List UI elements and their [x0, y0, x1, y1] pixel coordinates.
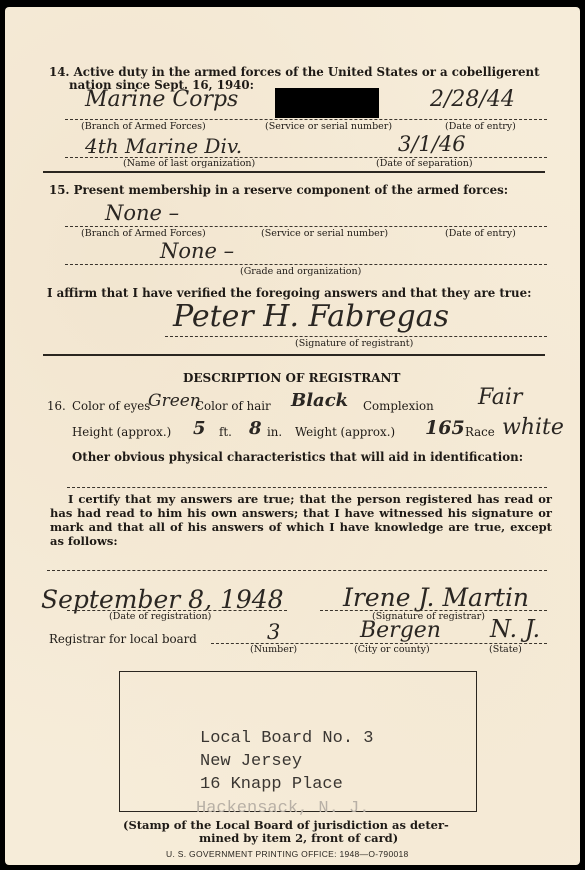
affirmation-text: I affirm that I have verified the forego…	[47, 286, 531, 300]
serial-number-redaction	[275, 88, 379, 118]
weight-label: Weight (approx.)	[295, 425, 395, 439]
item15-line2	[65, 264, 547, 265]
item14-org-value: 4th Marine Div.	[85, 134, 242, 158]
inches-label: in.	[267, 425, 282, 439]
state-label: (State)	[489, 644, 522, 655]
registration-date-label: (Date of registration)	[109, 611, 211, 622]
registrar-signature: Irene J. Martin	[343, 583, 529, 612]
state-value: N. J.	[490, 615, 540, 643]
item14-separation-value: 3/1/46	[398, 132, 466, 156]
race-value: white	[502, 415, 564, 440]
section-divider-1	[43, 171, 545, 173]
item14-entry-date-value: 2/28/44	[430, 87, 515, 112]
height-inches-value: 8	[249, 418, 262, 439]
stamp-line-3: 16 Knapp Place	[200, 775, 343, 794]
item15-entry-label: (Date of entry)	[445, 228, 516, 239]
complexion-value: Fair	[478, 385, 522, 410]
certification-text: I certify that my answers are true; that…	[50, 492, 552, 548]
item14-prompt-line1: 14. Active duty in the armed forces of t…	[49, 65, 540, 79]
hair-value: Black	[291, 390, 348, 411]
local-board-number: 3	[267, 620, 280, 644]
stamp-line-1: Local Board No. 3	[200, 729, 373, 748]
local-board-label: Registrar for local board	[49, 632, 197, 646]
height-feet-value: 5	[193, 418, 206, 439]
registration-card: 14. Active duty in the armed forces of t…	[5, 7, 580, 865]
item15-grade-label: (Grade and organization)	[240, 266, 361, 277]
item14-entry-label: (Date of entry)	[445, 121, 516, 132]
race-label: Race	[465, 425, 495, 439]
weight-value: 165	[425, 417, 465, 439]
description-heading: DESCRIPTION OF REGISTRANT	[183, 371, 400, 385]
item15-line1	[65, 226, 547, 227]
height-label: Height (approx.)	[72, 425, 171, 439]
item14-line1	[65, 119, 547, 120]
eyes-value: Green	[148, 391, 201, 411]
complexion-label: Complexion	[363, 399, 434, 413]
stamp-caption-line1: (Stamp of the Local Board of jurisdictio…	[123, 818, 449, 832]
stamp-line-2: New Jersey	[200, 752, 302, 771]
county-label: (City or county)	[354, 644, 430, 655]
stamp-caption-line2: mined by item 2, front of card)	[199, 831, 398, 845]
stamp-line-4: Hackensack, N. J.	[196, 799, 369, 818]
section-divider-2	[43, 354, 545, 356]
hair-label: Color of hair	[195, 399, 271, 413]
feet-label: ft.	[219, 425, 232, 439]
signature-line	[165, 336, 547, 337]
item15-branch-label: (Branch of Armed Forces)	[81, 228, 206, 239]
signature-label: (Signature of registrant)	[295, 338, 413, 349]
county-value: Bergen	[360, 618, 441, 643]
number-label: (Number)	[250, 644, 297, 655]
item16-number: 16.	[47, 399, 66, 413]
other-characteristics-label: Other obvious physical characteristics t…	[72, 450, 523, 464]
printer-imprint: U. S. GOVERNMENT PRINTING OFFICE: 1948—O…	[166, 849, 409, 859]
item14-branch-value: Marine Corps	[85, 87, 238, 112]
other-characteristics-line	[67, 487, 547, 488]
eyes-label: Color of eyes	[72, 399, 150, 413]
item15-serial-label: (Service or serial number)	[261, 228, 388, 239]
item14-serial-label: (Service or serial number)	[265, 121, 392, 132]
item14-org-label: (Name of last organization)	[123, 158, 255, 169]
item15-grade-value: None –	[160, 239, 234, 263]
exceptions-line	[47, 570, 547, 571]
item14-branch-label: (Branch of Armed Forces)	[81, 121, 206, 132]
registrant-signature: Peter H. Fabregas	[173, 299, 449, 334]
item14-separation-label: (Date of separation)	[376, 158, 473, 169]
item15-prompt: 15. Present membership in a reserve comp…	[49, 183, 508, 197]
item15-branch-value: None –	[105, 201, 179, 225]
